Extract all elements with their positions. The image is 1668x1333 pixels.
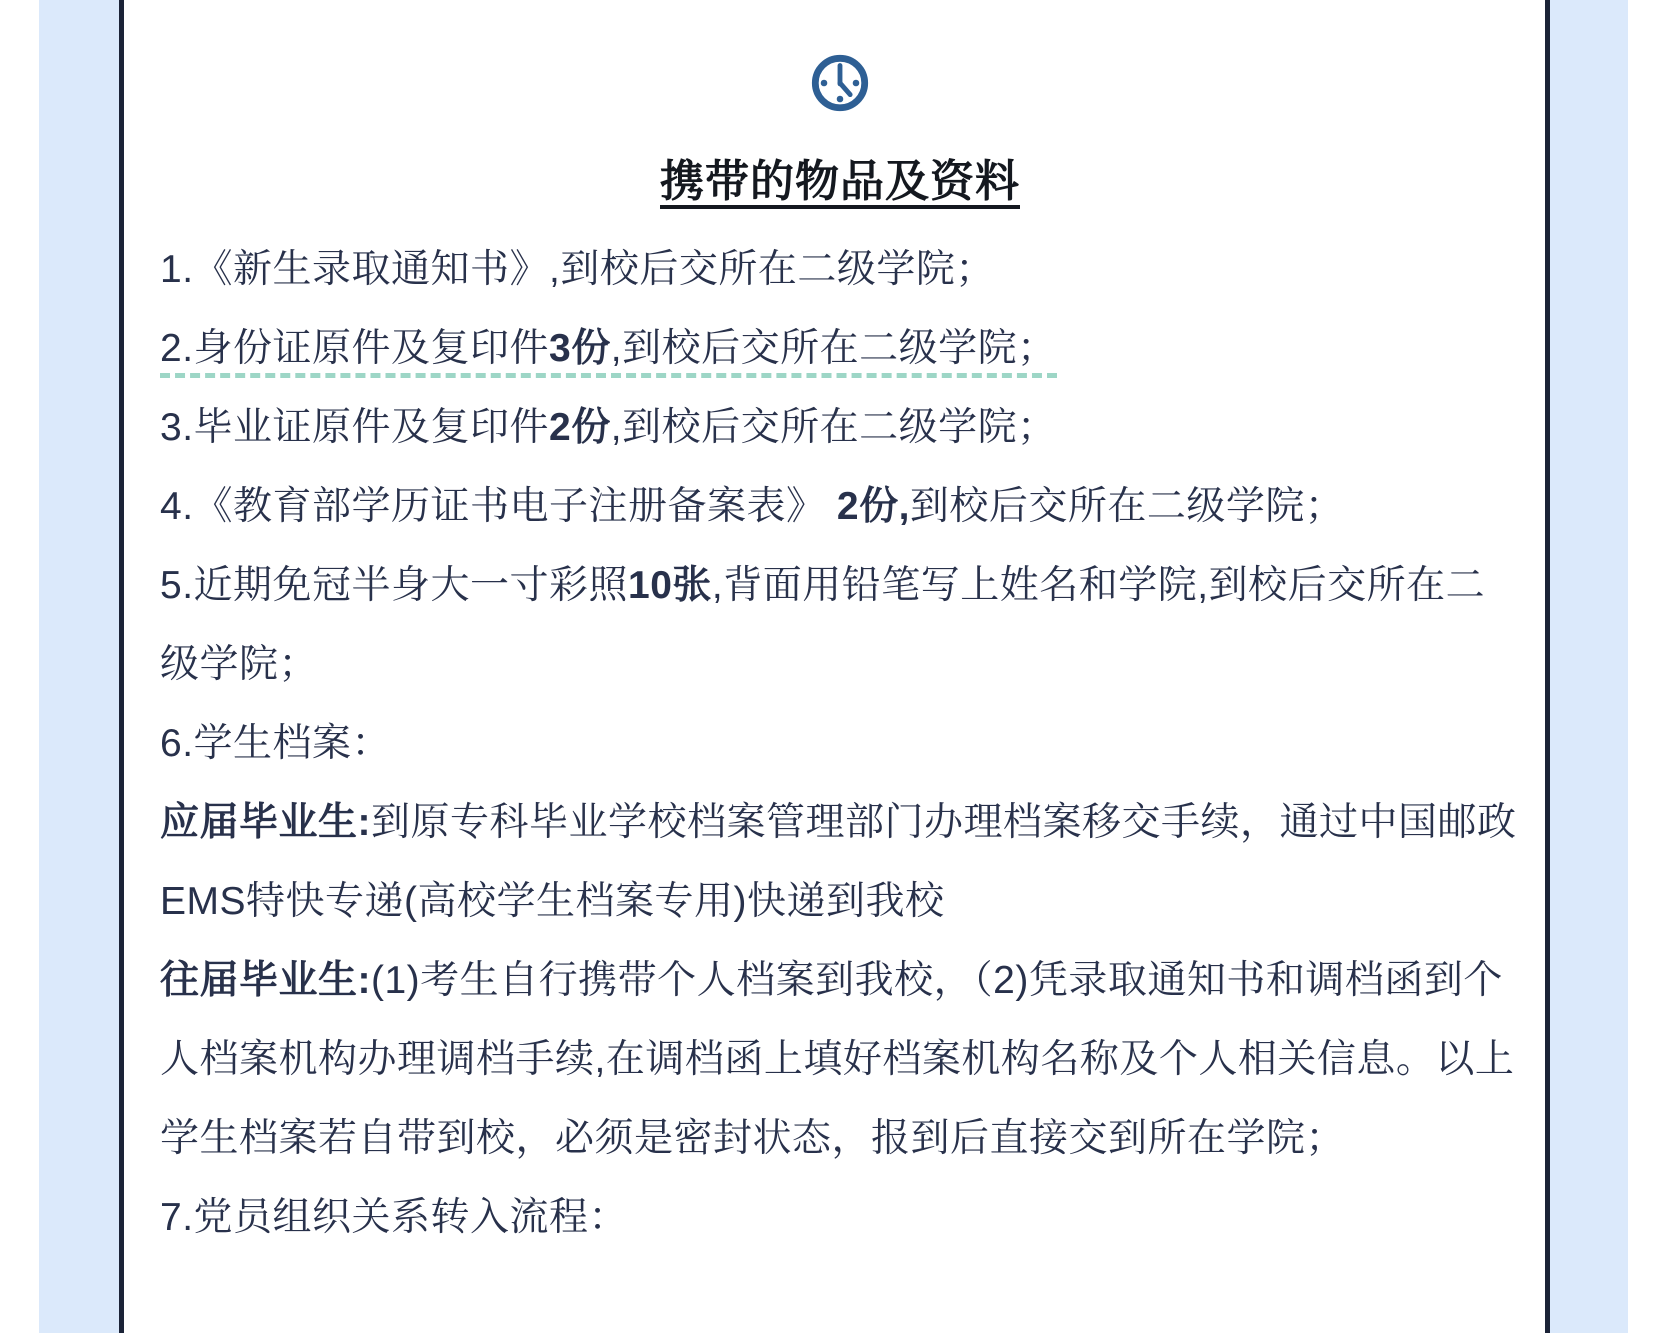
item-4-segment-1: 2份, [837,485,910,528]
item-2-segment-2: ,到校后交所在二级学院； [611,327,1057,370]
item-6: 6.学生档案： [160,704,1520,783]
left-frame-band [39,0,119,1333]
item-2-dashed-underline: 2.身份证原件及复印件3份,到校后交所在二级学院； [160,327,1057,378]
item-6-segment-0: 6.学生档案： [160,722,391,765]
item-6-previous-graduates: 往届毕业生:(1)考生自行携带个人档案到我校，（2)凭录取通知书和调档函到个人档… [160,941,1520,1178]
item-3-segment-0: 3.毕业证原件及复印件 [160,406,549,449]
item-4-segment-2: 到校后交所在二级学院； [910,485,1345,528]
item-6-previous-graduates-segment-0: 往届毕业生: [160,959,371,1002]
item-3-segment-2: ,到校后交所在二级学院； [611,406,1057,449]
item-6-fresh-graduates-segment-0: 应届毕业生: [160,801,371,844]
item-1-segment-0: 1.《新生录取通知书》,到校后交所在二级学院； [160,248,995,291]
item-7-segment-0: 7.党员组织关系转入流程： [160,1196,628,1239]
item-1: 1.《新生录取通知书》,到校后交所在二级学院； [160,230,1520,309]
item-5-segment-1: 10张 [628,564,712,607]
item-2-segment-1: 3份 [549,327,611,370]
item-6-fresh-graduates: 应届毕业生:到原专科毕业学校档案管理部门办理档案移交手续，通过中国邮政EMS特快… [160,783,1520,941]
item-2-segment-0: 2.身份证原件及复印件 [160,327,549,370]
item-3: 3.毕业证原件及复印件2份,到校后交所在二级学院； [160,388,1520,467]
item-7: 7.党员组织关系转入流程： [160,1178,1520,1257]
article-page: 携带的物品及资料 1.《新生录取通知书》,到校后交所在二级学院；2.身份证原件及… [0,0,1668,1333]
item-2: 2.身份证原件及复印件3份,到校后交所在二级学院； [160,309,1520,388]
item-3-segment-1: 2份 [549,406,611,449]
item-5-segment-0: 5.近期免冠半身大一寸彩照 [160,564,628,607]
right-frame-band [1550,0,1628,1333]
page-title: 携带的物品及资料 [160,156,1520,208]
article-body: 1.《新生录取通知书》,到校后交所在二级学院；2.身份证原件及复印件3份,到校后… [160,230,1520,1257]
clock-icon [809,101,871,118]
right-frame-rule [1545,0,1550,1333]
article-content: 携带的物品及资料 1.《新生录取通知书》,到校后交所在二级学院；2.身份证原件及… [124,0,1545,1333]
header-icon-row [160,0,1520,114]
item-5: 5.近期免冠半身大一寸彩照10张,背面用铅笔写上姓名和学院,到校后交所在二级学院… [160,546,1520,704]
item-4: 4.《教育部学历证书电子注册备案表》 2份,到校后交所在二级学院； [160,467,1520,546]
item-4-segment-0: 4.《教育部学历证书电子注册备案表》 [160,485,837,528]
